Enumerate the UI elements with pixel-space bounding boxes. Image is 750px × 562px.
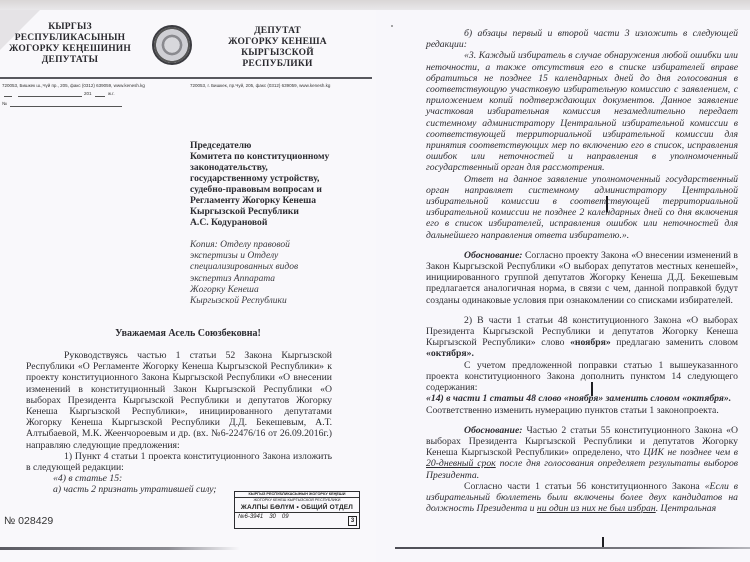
item2-text: предлагаю заменить словом <box>611 337 738 348</box>
outgoing-number-blank <box>10 106 122 107</box>
copy-recipients: Копия: Отделу правовой экспертизы и Отде… <box>190 240 370 307</box>
scan-shadow <box>0 547 240 550</box>
letterhead-line: ДЕПУТАТЫ <box>6 55 134 66</box>
date-year-blank <box>95 96 105 97</box>
letterhead-line: ЖОГОРКУ КЕҢЕШИНИН <box>6 44 134 55</box>
intro-paragraph: Руководствуясь частью 1 статьи 52 Закона… <box>26 350 332 451</box>
proposal-item-1: 1) Пункт 4 статьи 1 проекта конституцион… <box>26 451 332 473</box>
letter-body-left: Руководствуясь частью 1 статьи 52 Закона… <box>26 350 332 496</box>
scan-shadow <box>395 547 750 549</box>
item2-old-word: «ноября» <box>570 337 611 348</box>
copy-line: Копия: Отделу правовой <box>190 240 370 251</box>
date-month-blank <box>18 96 82 97</box>
item2-quote: «14) в части 1 статьи 48 слово «ноября» … <box>426 393 738 404</box>
stamp-date-day: 30 <box>269 513 276 522</box>
date-day-blank <box>4 96 12 97</box>
pen-mark <box>591 382 593 396</box>
letterhead-line: КЫРГЫЗСКОЙ РЕСПУБЛИКИ <box>205 48 350 70</box>
rationale-paragraph-2: Обоснование: Частью 2 статьи 55 конститу… <box>426 425 738 481</box>
copy-line: экспертизы и Отделу <box>190 251 370 262</box>
rationale-label: Обоснование: <box>464 425 522 436</box>
proposal-item-2: 2) В части 1 статьи 48 конституционного … <box>426 315 738 360</box>
addressee-block: Председателю Комитета по конституционном… <box>190 140 370 228</box>
amendment-quote-paragraph: «3. Каждый избиратель в случае обнаружен… <box>426 50 738 173</box>
letterhead-line: ЖОГОРКУ КЕНЕША <box>205 37 350 48</box>
state-emblem-icon <box>152 25 192 65</box>
addressee-line: судебно-правовым вопросам и <box>190 184 370 195</box>
addressee-line: Регламенту Жогорку Кенеша <box>190 195 370 206</box>
quoted-amendment-line: «4) в статье 15: <box>26 473 332 484</box>
letterhead-address-kyrgyz: 720053, Бишкек ш.,Чүй пр., 205, факс (03… <box>2 83 145 88</box>
salutation: Уважаемая Асель Союзбековна! <box>0 328 376 339</box>
copy-line: Кыргызской Республики <box>190 296 370 307</box>
addressee-line: Кыргызской Республики <box>190 206 370 217</box>
incoming-registration-stamp: КЫРГЫЗ РЕСПУБЛИКАСЫНЫН ЖОГОРКУ КЕҢЕШИ ЖО… <box>234 491 360 529</box>
registration-number: № 028429 <box>4 515 53 527</box>
item2-renumber: Соответственно изменить нумерацию пункто… <box>426 405 738 416</box>
amendment-quote-paragraph: Ответ на данное заявление уполномоченный… <box>426 174 738 241</box>
copy-line: специализированных видов <box>190 262 370 273</box>
letterhead-russian-title: ДЕПУТАТ ЖОГОРКУ КЕНЕША КЫРГЫЗСКОЙ РЕСПУБ… <box>205 26 350 70</box>
rationale-italic: ЦИК не позднее чем в <box>643 447 738 458</box>
addressee-line: Председателю <box>190 140 370 151</box>
copy-line: Жогорку Кенеша <box>190 285 370 296</box>
stamp-department: ЖАЛПЫ БӨЛҮМ • ОБЩИЙ ОТДЕЛ <box>235 503 359 512</box>
addressee-name: А.С. Кодурановой <box>190 217 370 228</box>
item2-new-word: «октября». <box>426 348 474 359</box>
letterhead-address-russian: 720053, г. Бишкек, пр.Чуй, 205, факс (03… <box>190 83 330 88</box>
stamp-entry-number: №6-3941 <box>238 513 263 522</box>
stamp-date-month: 09 <box>282 513 289 522</box>
stamp-entry-row: №6-3941 30 09 3 <box>235 512 359 522</box>
scan-speck <box>391 25 393 27</box>
pen-mark <box>606 196 608 212</box>
article56-paragraph: Согласно части 1 статьи 56 конституционн… <box>426 481 738 515</box>
letterhead-rule <box>0 77 372 79</box>
article56-text: Согласно части 1 статьи 56 конституционн… <box>464 481 705 492</box>
amendment-b-intro: б) абзацы первый и второй части 3 изложи… <box>426 28 738 50</box>
stamp-page-count: 3 <box>348 516 357 526</box>
date-year-label: 201 <box>84 91 92 96</box>
article56-underlined: ни один из них не был избран <box>537 503 656 514</box>
rationale-paragraph-1: Обоснование: Согласно проекту Закона «О … <box>426 250 738 306</box>
addressee-line: законодательству, <box>190 162 370 173</box>
letterhead-kyrgyz-title: КЫРГЫЗ РЕСПУБЛИКАСЫНЫН ЖОГОРКУ КЕҢЕШИНИН… <box>6 22 134 66</box>
letterhead-line: КЫРГЫЗ РЕСПУБЛИКАСЫНЫН <box>6 22 134 44</box>
addressee-line: Комитета по конституционному <box>190 151 370 162</box>
letterhead-line: ДЕПУТАТ <box>205 26 350 37</box>
date-suffix-label: ж.г. <box>108 91 115 96</box>
rationale-underlined: 20-дневный срок <box>426 458 496 469</box>
rationale-label: Обоснование: <box>464 250 522 261</box>
outgoing-number-label: № <box>2 101 7 106</box>
copy-line: экспертиз Аппарата <box>190 274 370 285</box>
article56-italic: . Центральная <box>656 503 716 514</box>
letter-body-right: б) абзацы первый и второй части 3 изложи… <box>426 28 738 514</box>
item2-follow: С учетом предложенной поправки статью 1 … <box>426 360 738 394</box>
addressee-line: государственному устройству, <box>190 173 370 184</box>
